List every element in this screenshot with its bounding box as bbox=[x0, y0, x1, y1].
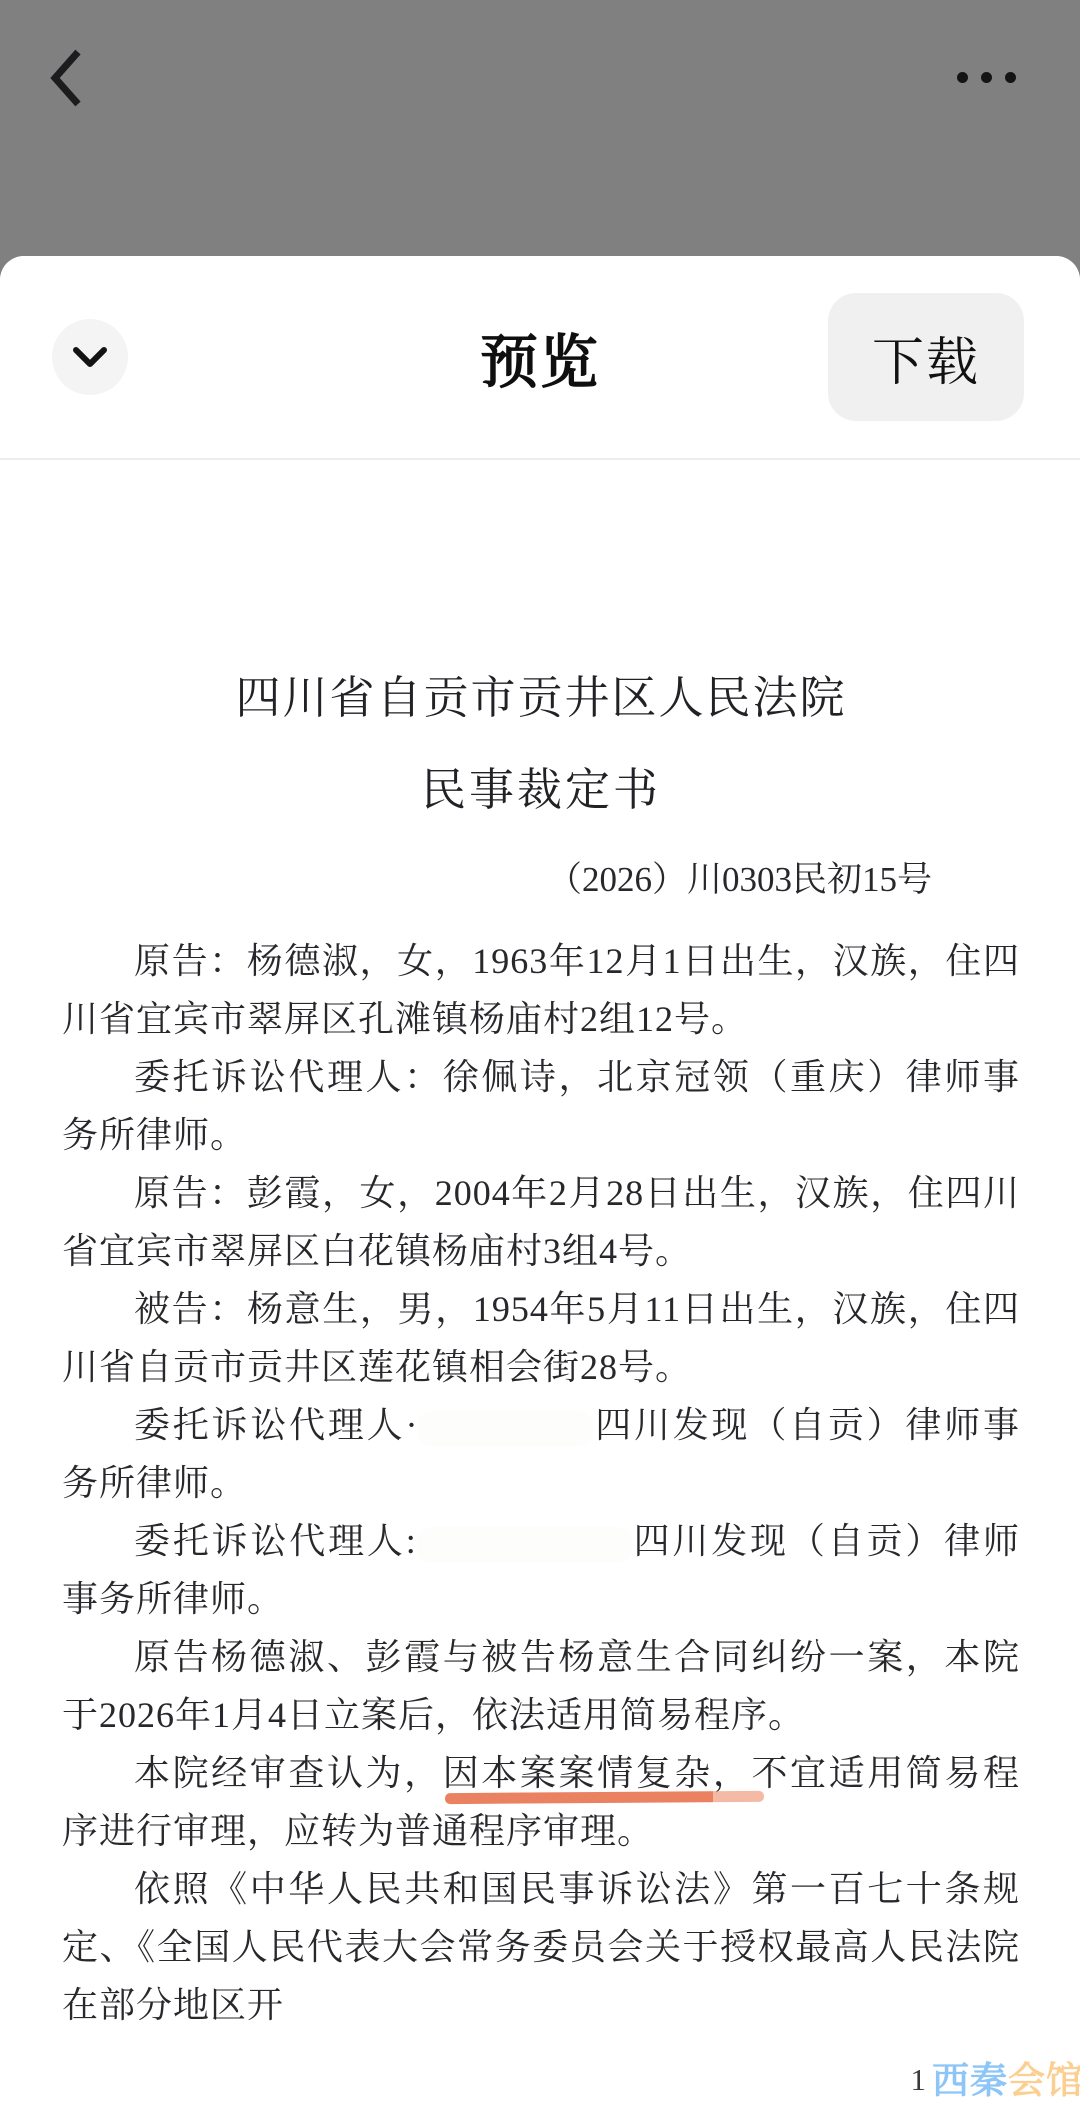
doc-text: 依照《中华人民共和国民事诉讼法》第一百七十条规定、《全国人民代表大会常务委员会关… bbox=[62, 1869, 1020, 2025]
preview-sheet: 预览 下载 四川省自贡市贡井区人民法院 民事裁定书 （2026）川0303民初1… bbox=[0, 256, 1080, 2112]
doc-paragraph: 原告：杨德淑，女，1963年12月1日出生，汉族，住四川省宜宾市翠屏区孔滩镇杨庙… bbox=[62, 932, 1020, 1048]
doc-text: 被告：杨意生，男，1954年5月11日出生，汉族，住四川省自贡市贡井区莲花镇相会… bbox=[62, 1289, 1020, 1387]
court-name: 四川省自贡市贡井区人民法院 bbox=[62, 652, 1020, 744]
doc-paragraph: 依照《中华人民共和国民事诉讼法》第一百七十条规定、《全国人民代表大会常务委员会关… bbox=[62, 1860, 1020, 2034]
dimmed-background-overlay bbox=[0, 0, 1080, 256]
document-type: 民事裁定书 bbox=[62, 744, 1020, 836]
page-title: 预览 bbox=[480, 315, 600, 399]
document-preview-area[interactable]: 四川省自贡市贡井区人民法院 民事裁定书 （2026）川0303民初15号 原告：… bbox=[0, 460, 1080, 2110]
ellipsis-icon bbox=[957, 72, 1016, 83]
doc-paragraph: 委托诉讼代理人:四川发现（自贡）律师事务所律师。 bbox=[62, 1512, 1020, 1628]
doc-text: 原告：杨德淑，女，1963年12月1日出生，汉族，住四川省宜宾市翠屏区孔滩镇杨庙… bbox=[62, 941, 1020, 1039]
case-number: （2026）川0303民初15号 bbox=[62, 836, 1020, 924]
redaction-blank bbox=[418, 1411, 593, 1447]
page-number: 1 bbox=[62, 2062, 1020, 2098]
collapse-button[interactable] bbox=[52, 319, 128, 395]
doc-paragraph: 被告：杨意生，男，1954年5月11日出生，汉族，住四川省自贡市贡井区莲花镇相会… bbox=[62, 1280, 1020, 1396]
doc-paragraph: 本院经审查认为，因本案案情复杂，不宜适用简易程序进行审理，应转为普通程序审理。 bbox=[62, 1744, 1020, 1860]
chevron-down-icon bbox=[72, 346, 108, 368]
preview-header: 预览 下载 bbox=[0, 256, 1080, 460]
doc-text: 本院经审查认为， bbox=[134, 1753, 443, 1793]
screen: 预览 下载 四川省自贡市贡井区人民法院 民事裁定书 （2026）川0303民初1… bbox=[0, 0, 1080, 2112]
doc-text: 委托诉讼代理人· bbox=[134, 1405, 418, 1445]
document-body: 原告：杨德淑，女，1963年12月1日出生，汉族，住四川省宜宾市翠屏区孔滩镇杨庙… bbox=[62, 932, 1020, 2034]
doc-text: 原告杨德淑、彭霞与被告杨意生合同纠纷一案，本院于2026年1月4日立案后，依法适… bbox=[62, 1637, 1020, 1735]
doc-text: 原告：彭霞，女，2004年2月28日出生，汉族，住四川省宜宾市翠屏区白花镇杨庙村… bbox=[62, 1173, 1020, 1271]
watermark-part-2: 会馆 bbox=[1008, 2060, 1080, 2101]
watermark: 西秦会馆 bbox=[932, 2050, 1080, 2104]
redaction-blank bbox=[417, 1527, 632, 1563]
watermark-part-1: 西秦 bbox=[932, 2060, 1008, 2101]
doc-text: 委托诉讼代理人：徐佩诗，北京冠领（重庆）律师事务所律师。 bbox=[62, 1057, 1020, 1155]
doc-paragraph: 委托诉讼代理人：徐佩诗，北京冠领（重庆）律师事务所律师。 bbox=[62, 1048, 1020, 1164]
chevron-left-icon bbox=[49, 48, 83, 108]
highlighted-phrase: 因本案案情复杂， bbox=[443, 1753, 752, 1793]
more-options-button[interactable] bbox=[946, 52, 1026, 102]
back-button[interactable] bbox=[38, 36, 94, 120]
doc-paragraph: 原告：彭霞，女，2004年2月28日出生，汉族，住四川省宜宾市翠屏区白花镇杨庙村… bbox=[62, 1164, 1020, 1280]
doc-text: 委托诉讼代理人: bbox=[134, 1521, 417, 1561]
download-button[interactable]: 下载 bbox=[828, 293, 1024, 421]
doc-paragraph: 委托诉讼代理人·四川发现（自贡）律师事务所律师。 bbox=[62, 1396, 1020, 1512]
doc-paragraph: 原告杨德淑、彭霞与被告杨意生合同纠纷一案，本院于2026年1月4日立案后，依法适… bbox=[62, 1628, 1020, 1744]
